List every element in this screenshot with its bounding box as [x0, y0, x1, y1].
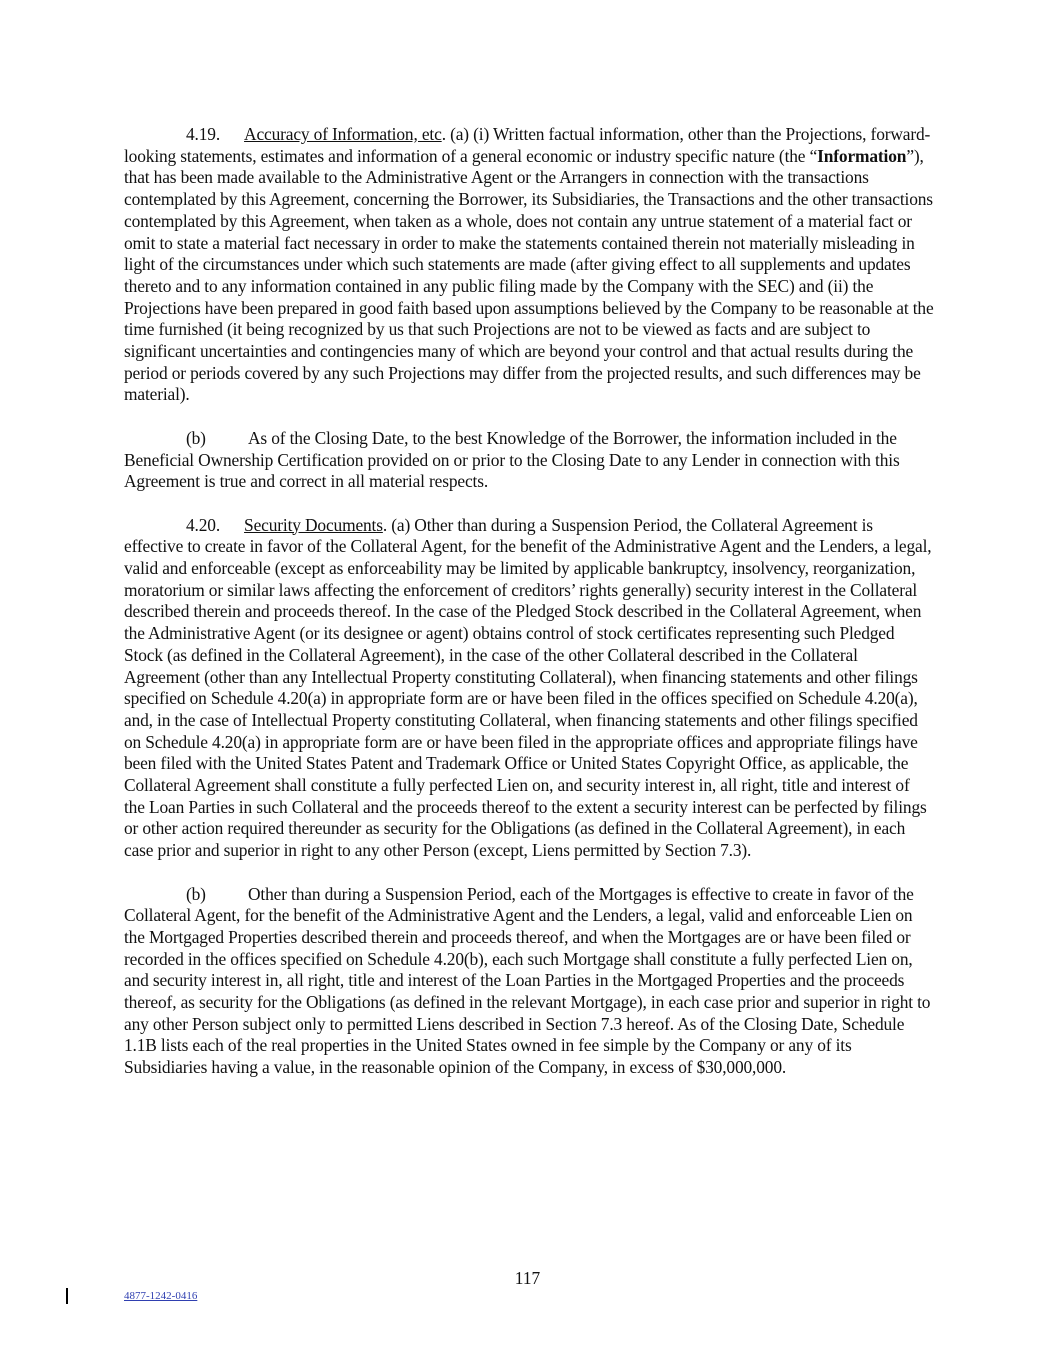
- subsection-label: (b): [186, 428, 248, 450]
- revision-change-bar: [66, 1288, 68, 1304]
- section-title: Accuracy of Information, etc: [244, 124, 442, 144]
- paragraph-text: Other than during a Suspension Period, e…: [124, 884, 930, 1078]
- section-number: 4.19.: [186, 124, 220, 144]
- section-4-20-paragraph-a: 4.20.Security Documents. (a) Other than …: [124, 515, 934, 862]
- paragraph-text: ”), that has been made available to the …: [124, 146, 934, 405]
- page-number: 117: [0, 1268, 1055, 1289]
- section-4-19-paragraph-b: (b)As of the Closing Date, to the best K…: [124, 428, 934, 493]
- section-title: Security Documents: [244, 515, 383, 535]
- section-number: 4.20.: [186, 515, 220, 535]
- subsection-label: (b): [186, 884, 248, 906]
- section-4-20-paragraph-b: (b)Other than during a Suspension Period…: [124, 884, 934, 1079]
- defined-term: Information: [817, 146, 906, 166]
- section-4-19-paragraph-a: 4.19.Accuracy of Information, etc. (a) (…: [124, 124, 934, 406]
- page-number-text: 117: [515, 1268, 540, 1288]
- page-body: 4.19.Accuracy of Information, etc. (a) (…: [124, 124, 934, 1101]
- document-id-link[interactable]: 4877-1242-0416: [124, 1290, 197, 1302]
- paragraph-text: . (a) Other than during a Suspension Per…: [124, 515, 931, 861]
